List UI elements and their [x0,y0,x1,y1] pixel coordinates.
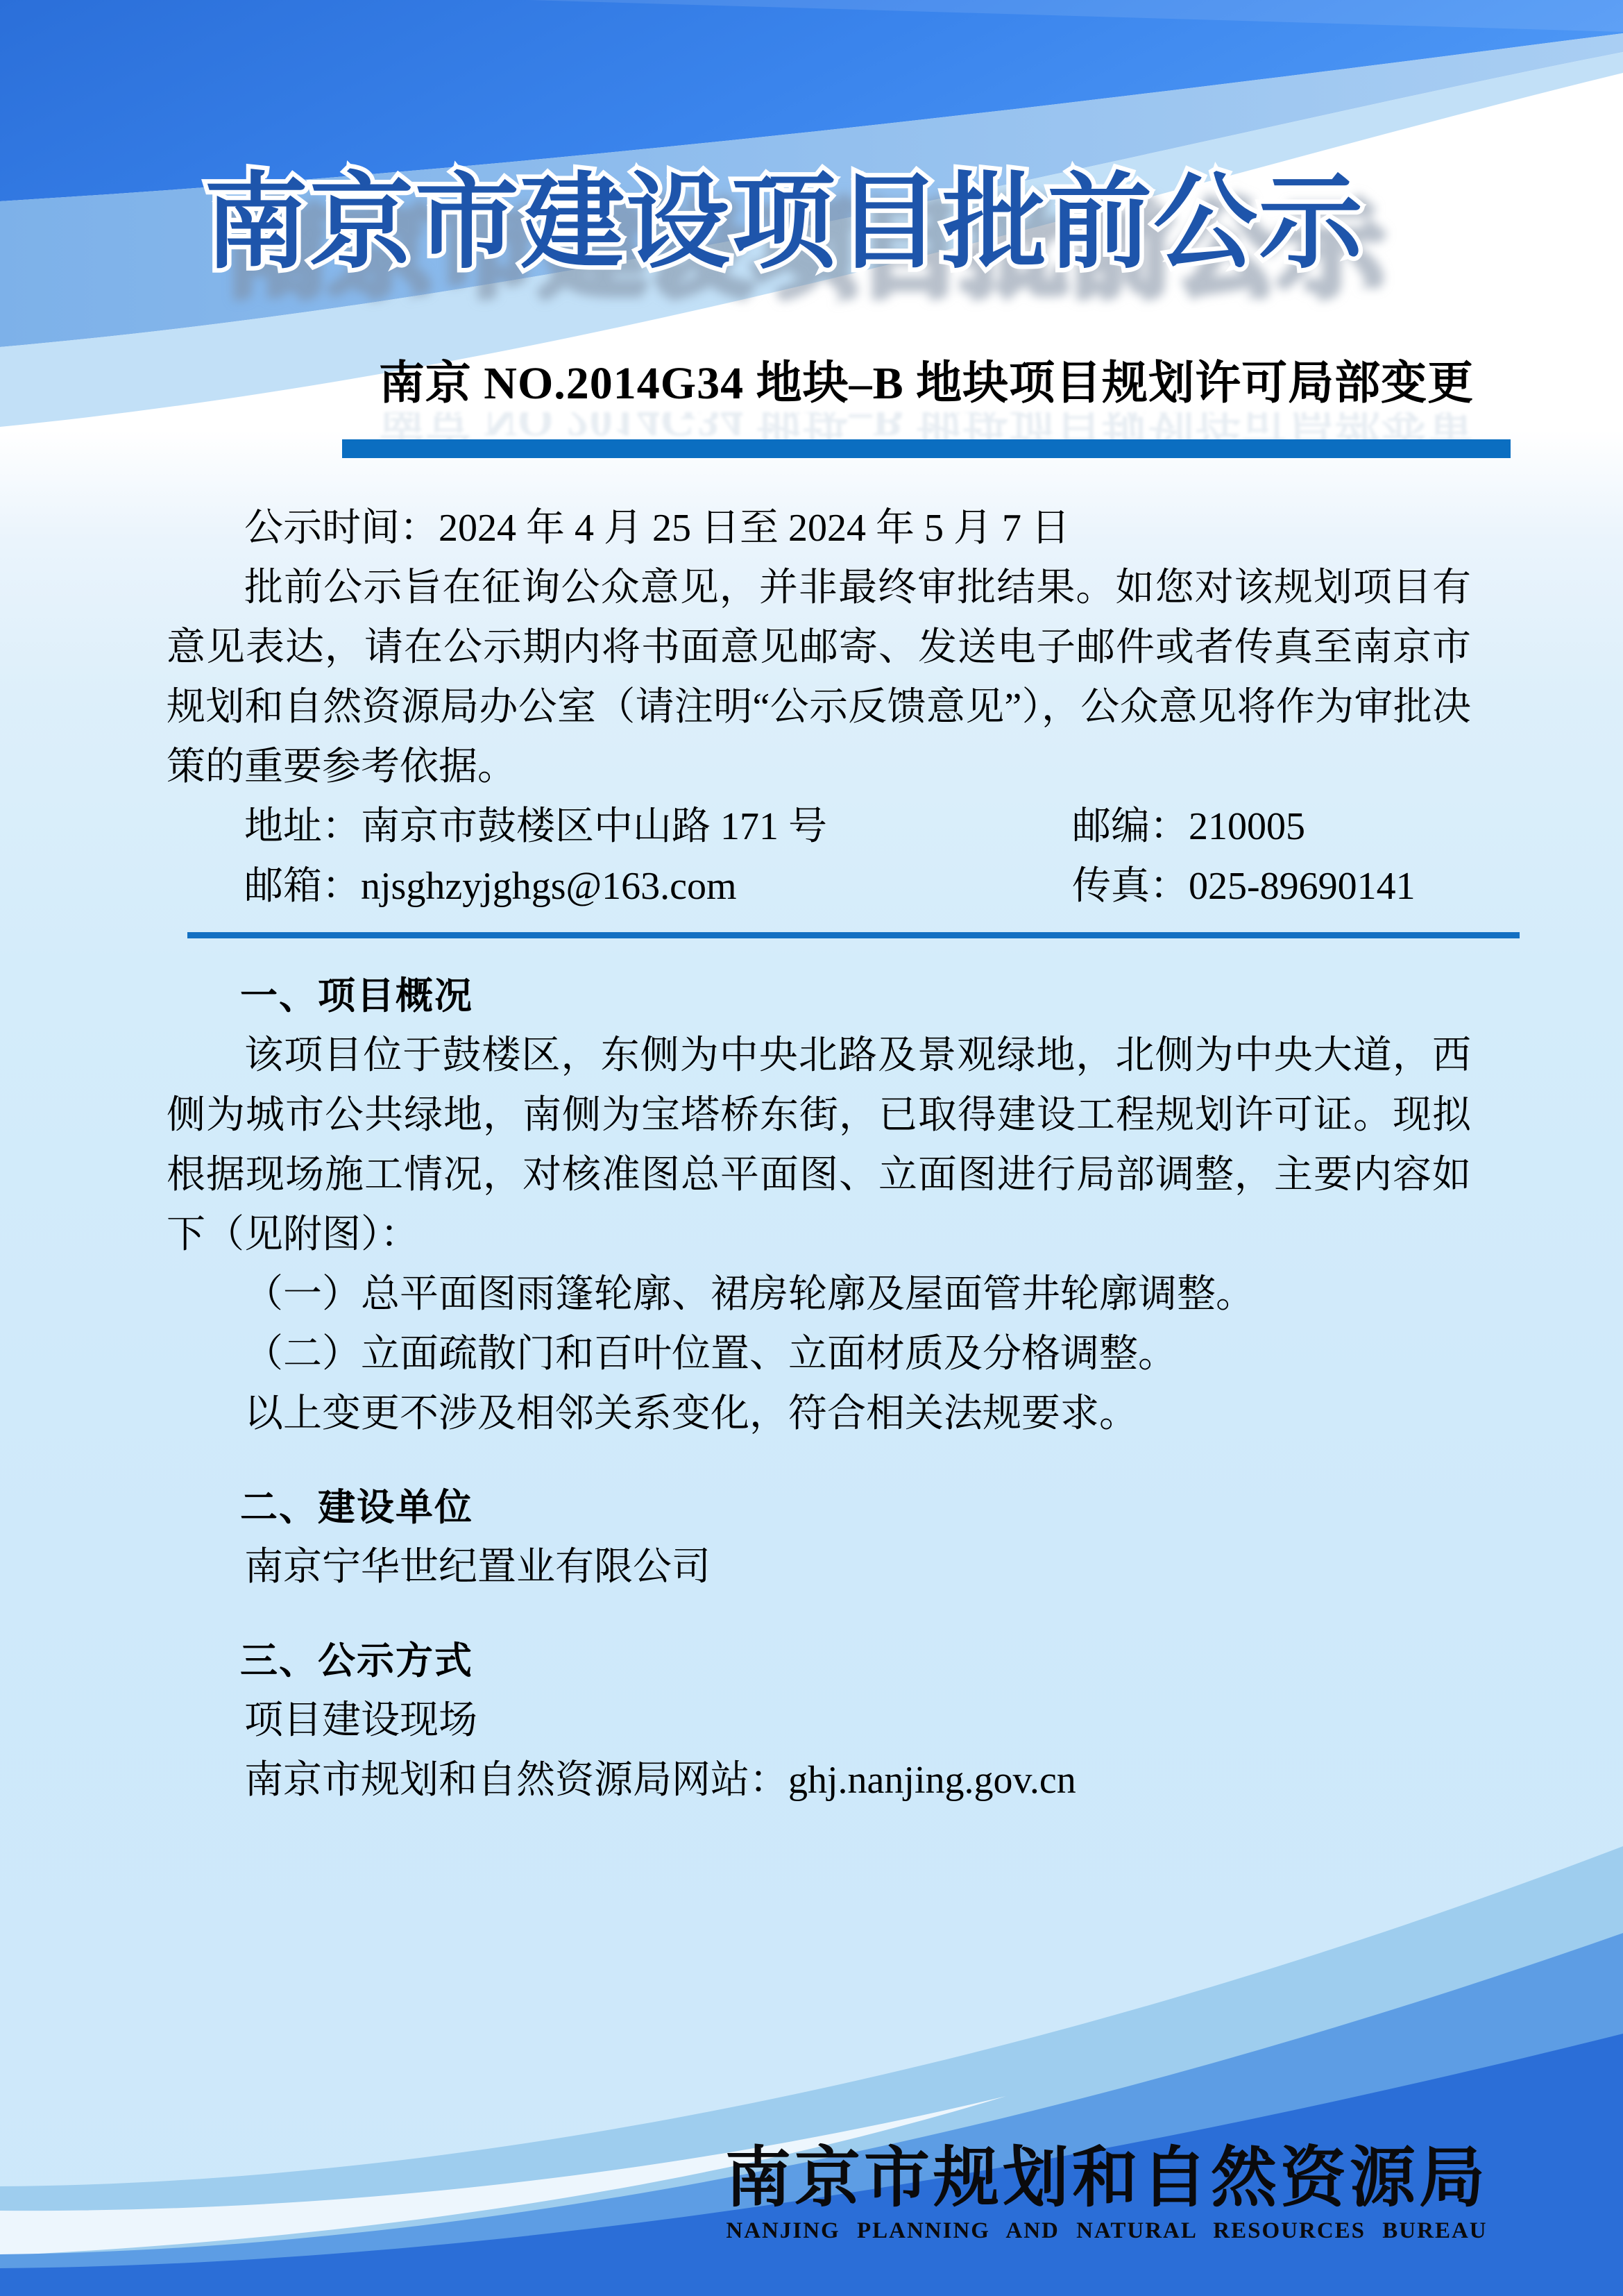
address-line: 地址：南京市鼓楼区中山路 171 号 [244,797,827,856]
postcode-value: 210005 [1189,805,1305,848]
section-3-paragraph-1: 项目建设现场 [167,1691,1471,1750]
section-1-item-2: （二）立面疏散门和百叶位置、立面材质及分格调整。 [167,1324,1471,1384]
notice-intro-paragraph: 批前公示旨在征询公众意见，并非最终审批结果。如您对该规划项目有意见表达，请在公示… [167,558,1471,797]
notice-period-line: 公示时间：2024 年 4 月 25 日至 2024 年 5 月 7 日 [167,498,1471,558]
fax-value: 025-89690141 [1189,865,1416,908]
email-label: 邮箱： [244,865,361,908]
section-1-closing: 以上变更不涉及相邻关系变化，符合相关法规要求。 [167,1384,1471,1444]
announcement-page: 南京市建设项目批前公示 南京 NO.2014G34 地块–B 地块项目规划许可局… [0,0,1623,2296]
section-1-paragraph: 该项目位于鼓楼区，东侧为中央北路及景观绿地，北侧为中央大道，西侧为城市公共绿地，… [167,1026,1471,1265]
banner: 南京市建设项目批前公示 [0,104,1623,326]
footer-bureau-name-en: NANJING PLANNING AND NATURAL RESOURCES B… [586,2217,1623,2245]
project-subtitle: 南京 NO.2014G34 地块–B 地块项目规划许可局部变更 [230,360,1623,408]
section-1-heading: 一、项目概况 [167,966,1471,1026]
subtitle-underline-bar [342,439,1511,458]
section-3-paragraph-2: 南京市规划和自然资源局网站：ghj.nanjing.gov.cn [167,1750,1471,1810]
section-3-heading: 三、公示方式 [167,1631,1471,1691]
sections: 一、项目概况 该项目位于鼓楼区，东侧为中央北路及景观绿地，北侧为中央大道，西侧为… [167,966,1471,1810]
contact-row-address: 地址：南京市鼓楼区中山路 171 号 邮编：210005 [167,797,1471,856]
contact-row-email: 邮箱：njsghzyjghgs@163.com 传真：025-89690141 [167,856,1471,916]
page-title: 南京市建设项目批前公示 [204,161,1364,283]
section-2-heading: 二、建设单位 [167,1478,1471,1537]
address-label: 地址： [244,805,361,848]
address-value: 南京市鼓楼区中山路 171 号 [361,805,827,848]
notice-body: 公示时间：2024 年 4 月 25 日至 2024 年 5 月 7 日 批前公… [167,498,1471,916]
fax-line: 传真：025-89690141 [1072,856,1416,916]
section-1-item-1: （一）总平面图雨篷轮廓、裙房轮廓及屋面管井轮廓调整。 [167,1265,1471,1324]
footer-bureau-name-cn: 南京市规划和自然资源局 [586,2143,1623,2213]
section-2-paragraph: 南京宁华世纪置业有限公司 [167,1537,1471,1597]
postcode-line: 邮编：210005 [1072,797,1305,856]
postcode-label: 邮编： [1072,805,1189,848]
fax-label: 传真： [1072,865,1189,908]
email-value: njsghzyjghgs@163.com [361,865,737,908]
email-line: 邮箱：njsghzyjghgs@163.com [244,856,737,916]
section-divider-line [187,932,1520,938]
